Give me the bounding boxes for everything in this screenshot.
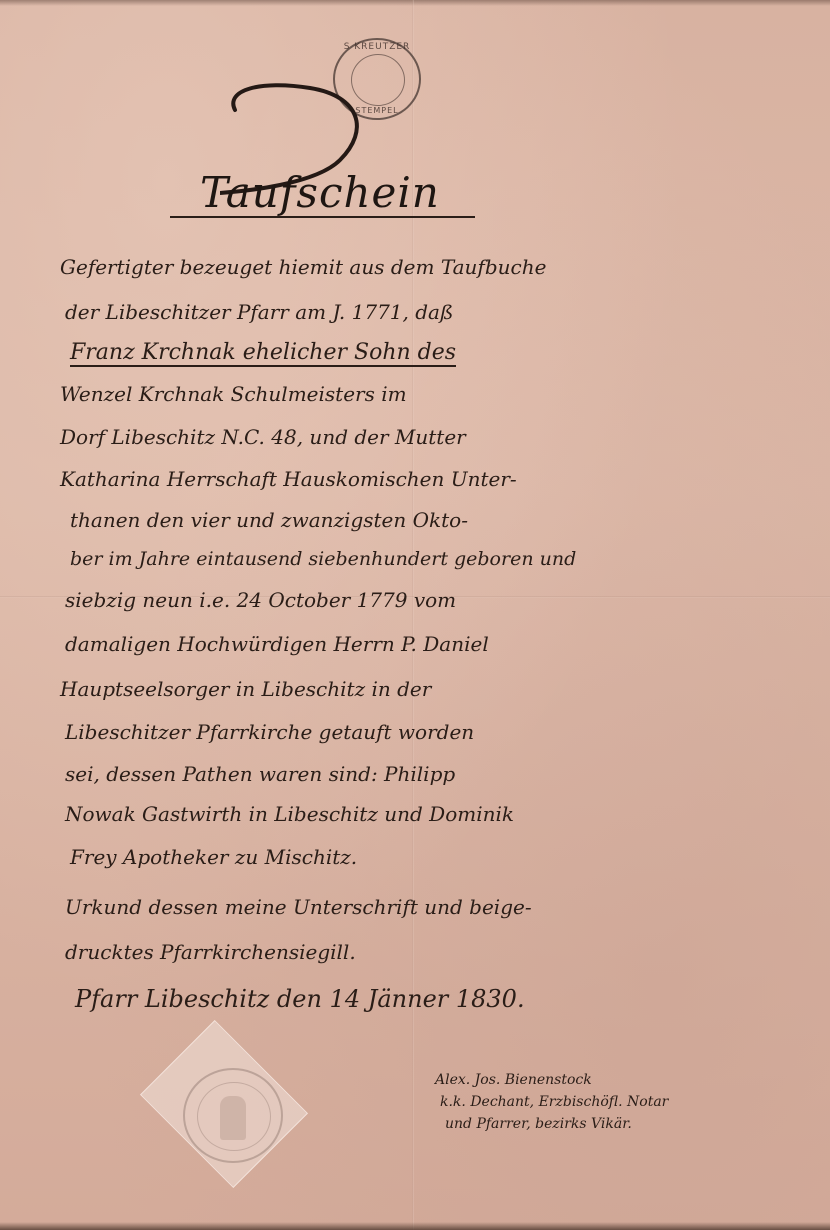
- body-line-1: Gefertigter bezeuget hiemit aus dem Tauf…: [60, 255, 546, 279]
- embossed-seal: SIGILLUM ECCLESIAE PAROCHIALIS LIBESCHIC…: [128, 1038, 318, 1188]
- body-line-4: Wenzel Krchnak Schulmeisters im: [60, 382, 407, 406]
- body-line-13: sei, dessen Pathen waren sind: Philipp: [65, 762, 455, 786]
- body-line-3: Franz Krchnak ehelicher Sohn des: [70, 340, 456, 367]
- signature-line-3: und Pfarrer, bezirks Vikär.: [445, 1116, 632, 1132]
- paper-edge-top: [0, 0, 830, 6]
- body-line-5: Dorf Libeschitz N.C. 48, und der Mutter: [60, 425, 466, 449]
- body-line-2: der Libeschitzer Pfarr am J. 1771, daß: [65, 300, 453, 324]
- body-line-11: Hauptseelsorger in Libeschitz in der: [60, 677, 431, 701]
- body-line-12: Libeschitzer Pfarrkirche getauft worden: [65, 720, 474, 744]
- body-line-10: damaligen Hochwürdigen Herrn P. Daniel: [65, 632, 489, 656]
- body-line-8: ber im Jahre eintausend siebenhundert ge…: [70, 548, 576, 570]
- signature-line-2: k.k. Dechant, Erzbischöfl. Notar: [440, 1094, 668, 1110]
- document-title: Taufschein: [200, 168, 440, 217]
- paper-edge-bottom: [0, 1222, 830, 1230]
- body-line-17: drucktes Pfarrkirchensiegill.: [65, 940, 356, 964]
- body-line-15: Frey Apotheker zu Mischitz.: [70, 845, 357, 869]
- body-line-18-date: Pfarr Libeschitz den 14 Jänner 1830.: [75, 985, 525, 1013]
- title-underline: [170, 216, 475, 218]
- seal-figure-icon: [220, 1096, 246, 1140]
- body-line-6: Katharina Herrschaft Hauskomischen Unter…: [60, 467, 517, 491]
- document-page: S KREUTZER STEMPEL Taufschein Gefertigte…: [0, 0, 830, 1230]
- body-line-16: Urkund dessen meine Unterschrift und bei…: [65, 895, 532, 919]
- stamp-text-top: S KREUTZER: [335, 42, 419, 52]
- signature-line-1: Alex. Jos. Bienenstock: [435, 1072, 592, 1088]
- body-line-9: siebzig neun i.e. 24 October 1779 vom: [65, 588, 456, 612]
- body-line-7: thanen den vier und zwanzigsten Okto-: [70, 508, 468, 532]
- body-line-14: Nowak Gastwirth in Libeschitz und Domini…: [65, 802, 514, 826]
